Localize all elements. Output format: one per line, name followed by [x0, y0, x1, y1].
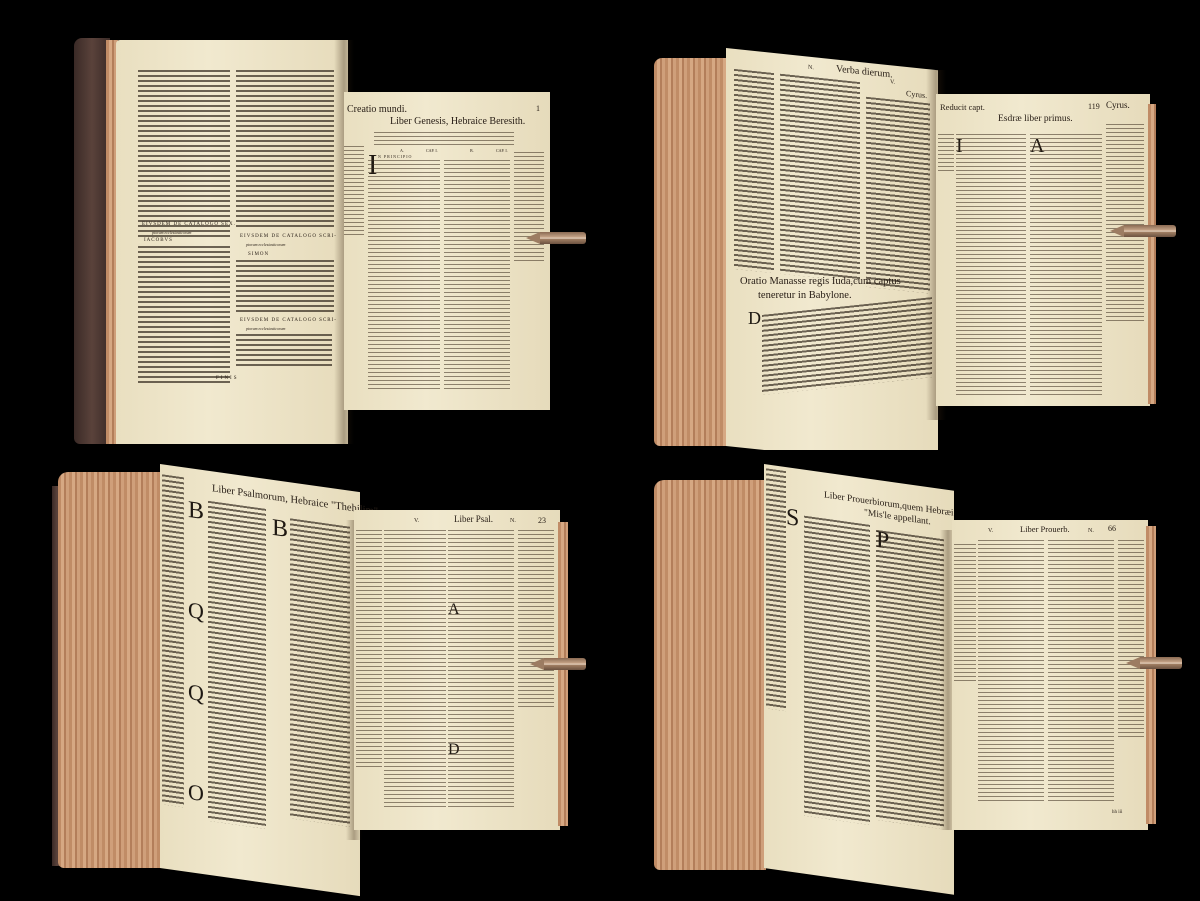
column-label: B.: [470, 148, 474, 153]
running-head: Verba dierum.: [836, 64, 893, 81]
text-column: [138, 246, 230, 386]
margin-notes: [938, 134, 954, 174]
section-heading: EIVSDEM DE CATALOGO SCRI-: [240, 318, 337, 323]
margin-notes: [1118, 540, 1144, 740]
text-column: [444, 160, 510, 390]
text-column: [1030, 134, 1102, 396]
right-page: Creatio mundi. 1 Liber Genesis, Hebraice…: [344, 92, 550, 410]
text-column: [384, 530, 446, 810]
book-title: Esdræ liber primus.: [998, 114, 1073, 124]
margin-notes: [514, 152, 544, 262]
running-head: Liber Prouerb.: [1020, 524, 1070, 534]
preface-text: [374, 132, 514, 146]
page-number: 23: [538, 516, 546, 525]
section-heading: EIVSDEM DE CATALOGO SCRI-: [240, 234, 337, 239]
text-column: [236, 70, 334, 230]
section-heading: EIVSDEM DE CATALOGO SEX.: [142, 222, 236, 227]
leather-spine: [74, 38, 110, 444]
page-block-edge: [58, 472, 162, 868]
running-head-right: Cyrus.: [1106, 100, 1130, 110]
drop-initial: O: [188, 778, 204, 808]
signature-mark: hh iii: [1112, 810, 1122, 815]
text-column: [448, 530, 514, 810]
incipit: N PRINCIPIO: [378, 154, 412, 159]
column-label: CAP. I.: [426, 148, 438, 153]
drop-initial: S: [786, 503, 799, 533]
text-column: [866, 97, 930, 294]
text-column: [780, 74, 860, 282]
margin-notes: [162, 474, 184, 807]
paragraph-start: IACOBVS: [144, 238, 173, 243]
page-edge: [558, 522, 568, 826]
column-label: CAP. I.: [496, 148, 508, 153]
margin-notes: [1106, 124, 1144, 324]
section-subheading: ptorum ecclesiasticorum: [152, 230, 191, 235]
left-page: N. Verba dierum. V. Cyrus.: [726, 48, 938, 450]
photo-psalms-opening: Liber Psalmorum, Hebraice "Thehilim". B …: [0, 450, 600, 901]
running-head-marker: V.: [414, 518, 419, 524]
paragraph-start: SIMON: [248, 252, 269, 257]
margin-notes: [954, 544, 976, 684]
page-edge: [1148, 104, 1156, 404]
page-pointer-marker: [1124, 225, 1176, 237]
running-head: Liber Psal.: [454, 514, 493, 524]
left-page: Liber Prouerbiorum,quem Hebræi "Mis'le a…: [764, 464, 954, 895]
photo-genesis-opening: EIVSDEM DE CATALOGO SEX. ptorum ecclesia…: [0, 0, 600, 450]
running-head-right: Cyrus.: [906, 89, 927, 100]
page-number: 119: [1088, 102, 1100, 111]
right-page: V. Liber Psal. N. 23 A D: [354, 510, 560, 830]
book-title: Liber Genesis, Hebraice Beresith.: [390, 116, 525, 127]
page-edge: [1146, 526, 1156, 824]
page-number: 1: [536, 104, 540, 113]
running-head-marker: V.: [890, 79, 895, 86]
page-block-edge: [654, 480, 766, 870]
text-column: [290, 518, 350, 826]
running-head-marker: N.: [510, 518, 516, 524]
page-block-edge: [654, 58, 730, 446]
text-column: [236, 334, 332, 366]
text-column: [978, 540, 1044, 802]
running-head-marker: N.: [1088, 528, 1094, 534]
right-page: V. Liber Prouerb. N. 66 hh iii: [952, 520, 1148, 830]
photo-chronicles-esdra-opening: N. Verba dierum. V. Cyrus. Oratio Manass…: [600, 0, 1200, 450]
left-page: EIVSDEM DE CATALOGO SEX. ptorum ecclesia…: [116, 40, 348, 444]
running-head: Reducit capt.: [940, 102, 985, 112]
section-subheading: ptorum ecclesiasticorum: [246, 242, 285, 247]
right-page: Reducit capt. Esdræ liber primus. 119 Cy…: [936, 94, 1150, 406]
text-column: [956, 134, 1026, 396]
text-column: [236, 260, 334, 314]
margin-notes: [356, 530, 382, 770]
margin-notes: [518, 530, 554, 710]
text-column: [804, 516, 870, 825]
text-column: [208, 501, 266, 829]
drop-initial: B: [272, 514, 288, 544]
page-pointer-marker: [544, 658, 586, 670]
page-pointer-marker: [1140, 657, 1182, 669]
running-head-marker: V.: [988, 528, 993, 534]
text-column: [876, 530, 944, 830]
section-title: teneretur in Babylone.: [758, 290, 852, 301]
column-label: A.: [400, 148, 404, 153]
page-number: 66: [1108, 524, 1116, 533]
margin-notes: [734, 69, 774, 273]
margin-notes: [766, 468, 786, 711]
text-column: [138, 70, 230, 240]
drop-initial: D: [748, 304, 761, 332]
drop-initial: Q: [188, 678, 204, 708]
finis-label: FINIS: [216, 376, 239, 381]
section-title: Oratio Manasse regis Iuda,cum captus: [740, 276, 901, 287]
drop-initial: Q: [188, 596, 204, 626]
section-subheading: ptorum ecclesiasticorum: [246, 326, 285, 331]
drop-initial: B: [188, 496, 204, 526]
margin-notes: [344, 146, 364, 236]
running-head-marker: N.: [808, 65, 814, 72]
photo-proverbs-opening: Liber Prouerbiorum,quem Hebræi "Mis'le a…: [600, 450, 1200, 901]
running-head: Creatio mundi.: [347, 104, 407, 115]
left-page: Liber Psalmorum, Hebraice "Thehilim". B …: [160, 464, 360, 896]
text-column: [1048, 540, 1114, 802]
page-pointer-marker: [540, 232, 586, 244]
text-column: [368, 160, 440, 390]
